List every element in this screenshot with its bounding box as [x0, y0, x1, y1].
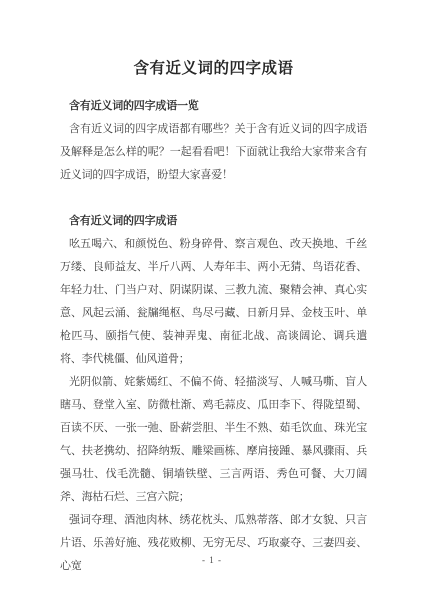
idiom-paragraph: 光阴似箭、姹紫嫣红、不偏不倚、轻描淡写、人喊马嘶、盲人瞎马、登堂入室、防微杜渐、… — [60, 371, 367, 509]
document-page: 含有近义词的四字成语 含有近义词的四字成语一览 含有近义词的四字成语都有哪些？关… — [0, 0, 424, 600]
idiom-paragraph: 强词夺理、酒池肉林、绣花枕头、瓜熟蒂落、郎才女貌、只言片语、乐善好施、残花败柳、… — [60, 509, 367, 578]
page-number: - 1 - — [0, 555, 424, 565]
intro-paragraph: 含有近义词的四字成语都有哪些？关于含有近义词的四字成语及解释是怎么样的呢？一起看… — [60, 118, 367, 187]
section-heading-overview: 含有近义词的四字成语一览 — [60, 95, 367, 118]
idiom-paragraph: 吆五喝六、和颜悦色、粉身碎骨、察言观色、改天换地、千丝万缕、良师益友、半斤八两、… — [60, 233, 367, 371]
document-body: 含有近义词的四字成语 含有近义词的四字成语一览 含有近义词的四字成语都有哪些？关… — [60, 0, 367, 578]
document-title: 含有近义词的四字成语 — [60, 58, 367, 80]
section-heading-list: 含有近义词的四字成语 — [60, 210, 367, 233]
